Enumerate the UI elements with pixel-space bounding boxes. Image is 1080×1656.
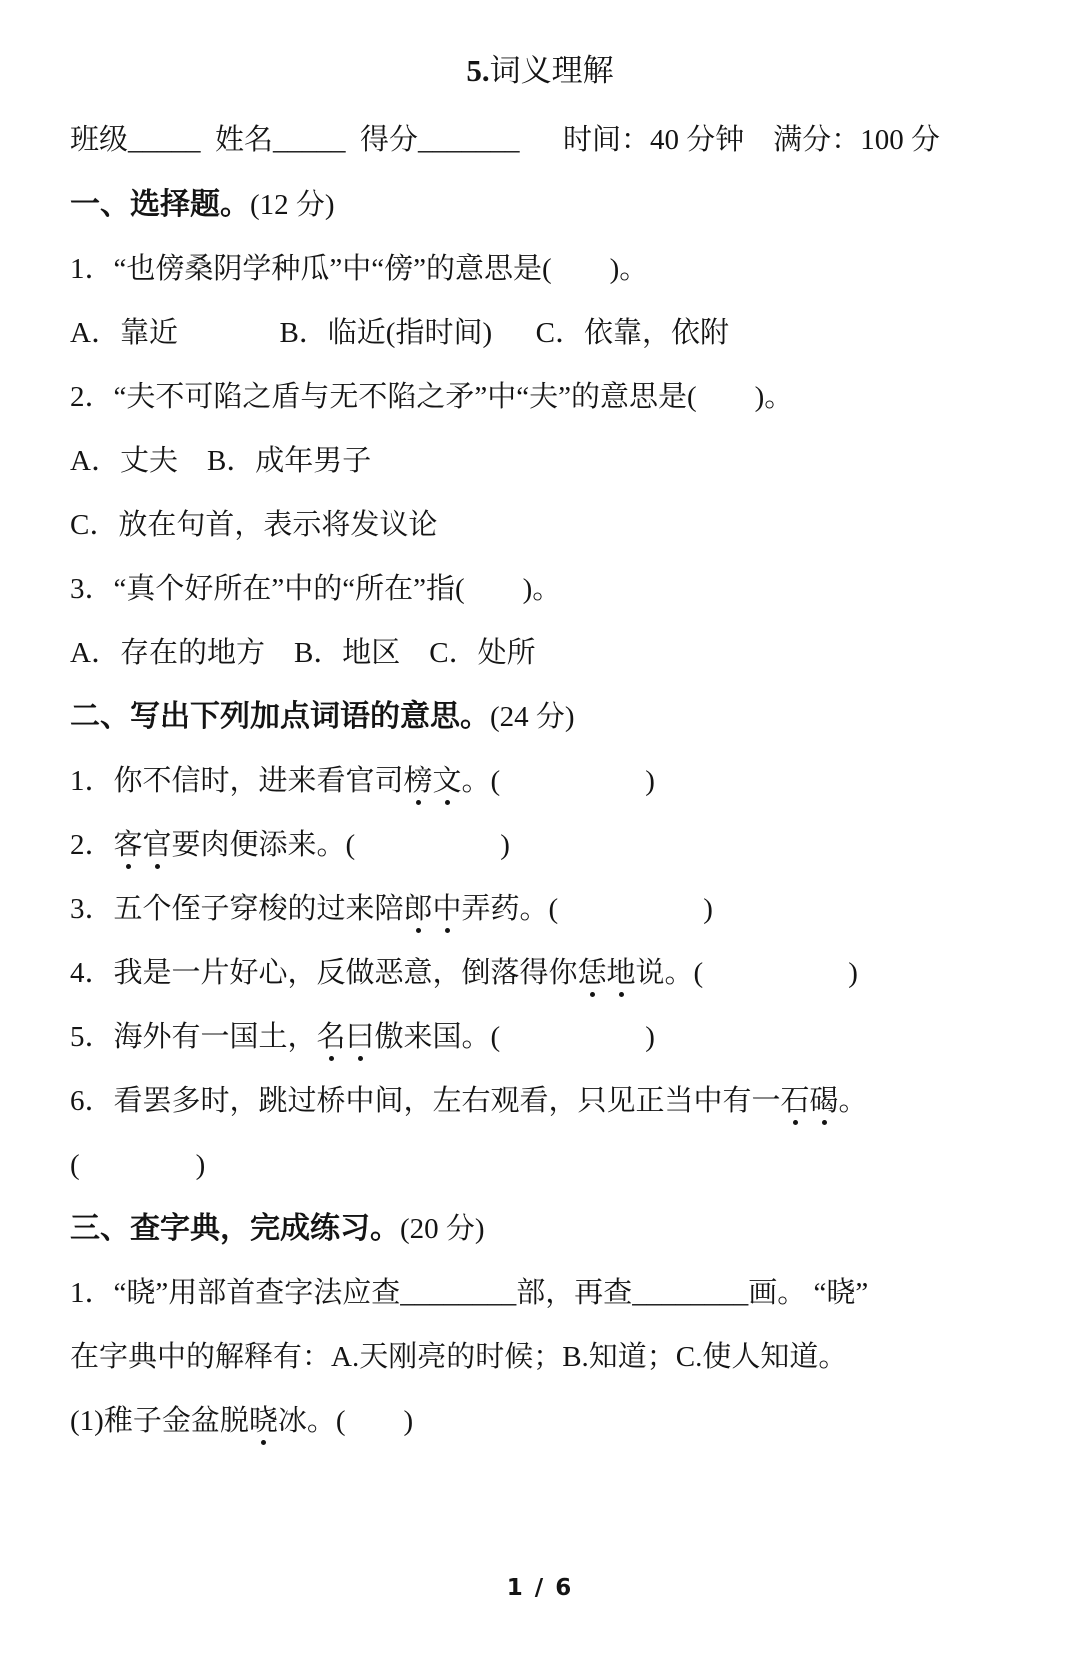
emphasized-word-char: 官 bbox=[143, 829, 172, 862]
text-segment: C．放在句首，表示将发议论 bbox=[70, 509, 437, 541]
student-info-line: 班级_____ 姓名_____ 得分_______ 时间：40 分钟 满分：10… bbox=[70, 110, 1040, 170]
text-segment: 6．看罢多时，跳过桥中间，左右观看，只见正当中有一 bbox=[70, 1085, 781, 1117]
emphasized-word-char: 恁 bbox=[578, 957, 607, 990]
text-segment: 1．你不信时，进来看官司 bbox=[70, 765, 404, 797]
text-segment: 4．我是一片好心，反做恶意，倒落得你 bbox=[70, 957, 578, 989]
emphasized-word-char: 地 bbox=[607, 957, 636, 990]
text-segment: 。( ) bbox=[462, 765, 655, 797]
emphasized-word-char: 客 bbox=[114, 829, 143, 862]
page-number: 1 / 6 bbox=[0, 1568, 1080, 1608]
emphasized-word-char: 榜 bbox=[404, 765, 433, 798]
emphasized-word-char: 文 bbox=[433, 765, 462, 798]
text-segment: A．存在的地方 B．地区 C．处所 bbox=[70, 637, 536, 669]
text-segment: (20 分) bbox=[400, 1213, 485, 1245]
text-segment: 二、写出下列加点词语的意思。 bbox=[70, 700, 490, 733]
s2-item-1: 1．你不信时，进来看官司榜文。( ) bbox=[70, 749, 1020, 813]
text-segment: 三、查字典，完成练习。 bbox=[70, 1212, 400, 1245]
s2-item-3: 3．五个侄子穿梭的过来陪郎中弄药。( ) bbox=[70, 877, 1020, 941]
s1-q1-options: A．靠近 B．临近(指时间) C．依靠，依附 bbox=[70, 301, 1020, 365]
emphasized-word-char: 郎 bbox=[404, 893, 433, 926]
s2-item-6: 6．看罢多时，跳过桥中间，左右观看，只见正当中有一石碣。 bbox=[70, 1069, 1020, 1133]
section-2-heading: 二、写出下列加点词语的意思。(24 分) bbox=[70, 685, 1020, 749]
text-segment: A．丈夫 B．成年男子 bbox=[70, 445, 371, 477]
s2-item-5: 5．海外有一国土，名曰傲来国。( ) bbox=[70, 1005, 1020, 1069]
s1-q2-option-c: C．放在句首，表示将发议论 bbox=[70, 493, 1020, 557]
s3-q1-line-2: 在字典中的解释有：A.天刚亮的时候；B.知道；C.使人知道。 bbox=[70, 1325, 1020, 1389]
text-segment: ( ) bbox=[70, 1149, 205, 1181]
s1-q3-options: A．存在的地方 B．地区 C．处所 bbox=[70, 621, 1020, 685]
text-segment: 5. bbox=[466, 53, 489, 88]
emphasized-word-char: 中 bbox=[433, 893, 462, 926]
emphasized-word-char: 石 bbox=[781, 1085, 810, 1118]
emphasized-word-char: 晓 bbox=[249, 1405, 278, 1438]
text-segment: (24 分) bbox=[490, 701, 575, 733]
worksheet-page: 5.词义理解 班级_____ 姓名_____ 得分_______ 时间：40 分… bbox=[0, 0, 1080, 1656]
text-segment: 5．海外有一国土， bbox=[70, 1021, 317, 1053]
document-body: 一、选择题。(12 分)1．“也傍桑阴学种瓜”中“傍”的意思是( )。A．靠近 … bbox=[70, 173, 1020, 1453]
s2-item-4: 4．我是一片好心，反做恶意，倒落得你恁地说。( ) bbox=[70, 941, 1020, 1005]
s1-q3: 3．“真个好所在”中的“所在”指( )。 bbox=[70, 557, 1020, 621]
text-segment: 2．“夫不可陷之盾与无不陷之矛”中“夫”的意思是( )。 bbox=[70, 381, 793, 413]
s1-q1: 1．“也傍桑阴学种瓜”中“傍”的意思是( )。 bbox=[70, 237, 1020, 301]
emphasized-word-char: 碣 bbox=[810, 1085, 839, 1118]
text-segment: 一、选择题。 bbox=[70, 188, 250, 221]
s2-item-2: 2．客官要肉便添来。( ) bbox=[70, 813, 1020, 877]
s1-q2: 2．“夫不可陷之盾与无不陷之矛”中“夫”的意思是( )。 bbox=[70, 365, 1020, 429]
text-segment: 。 bbox=[839, 1085, 868, 1117]
text-segment: 1．“也傍桑阴学种瓜”中“傍”的意思是( )。 bbox=[70, 253, 648, 285]
text-segment: (12 分) bbox=[250, 189, 335, 221]
text-segment: 1．“晓”用部首查字法应查________部，再查________画。 “晓” bbox=[70, 1277, 868, 1309]
text-segment: A．靠近 B．临近(指时间) C．依靠，依附 bbox=[70, 317, 729, 349]
emphasized-word-char: 曰 bbox=[346, 1021, 375, 1054]
text-segment: 说。( ) bbox=[636, 957, 858, 989]
s1-q2-options-ab: A．丈夫 B．成年男子 bbox=[70, 429, 1020, 493]
text-segment: (1)稚子金盆脱 bbox=[70, 1405, 249, 1437]
page-title: 5.词义理解 bbox=[0, 48, 1080, 94]
text-segment: 词义理解 bbox=[490, 53, 614, 88]
text-segment: 冰。( ) bbox=[278, 1405, 413, 1437]
s2-item-6-answer-blank: ( ) bbox=[70, 1133, 1020, 1197]
text-segment: 要肉便添来。( ) bbox=[172, 829, 510, 861]
text-segment: 3．五个侄子穿梭的过来陪 bbox=[70, 893, 404, 925]
section-3-heading: 三、查字典，完成练习。(20 分) bbox=[70, 1197, 1020, 1261]
s3-q1-line-1: 1．“晓”用部首查字法应查________部，再查________画。 “晓” bbox=[70, 1261, 1020, 1325]
text-segment: 弄药。( ) bbox=[462, 893, 713, 925]
section-1-heading: 一、选择题。(12 分) bbox=[70, 173, 1020, 237]
emphasized-word-char: 名 bbox=[317, 1021, 346, 1054]
text-segment: 在字典中的解释有：A.天刚亮的时候；B.知道；C.使人知道。 bbox=[70, 1341, 847, 1373]
s3-q1-sub-1: (1)稚子金盆脱晓冰。( ) bbox=[70, 1389, 1020, 1453]
text-segment: 2． bbox=[70, 829, 114, 861]
text-segment: 班级_____ 姓名_____ 得分_______ 时间：40 分钟 满分：10… bbox=[70, 124, 940, 156]
text-segment: 3．“真个好所在”中的“所在”指( )。 bbox=[70, 573, 561, 605]
text-segment: 傲来国。( ) bbox=[375, 1021, 655, 1053]
